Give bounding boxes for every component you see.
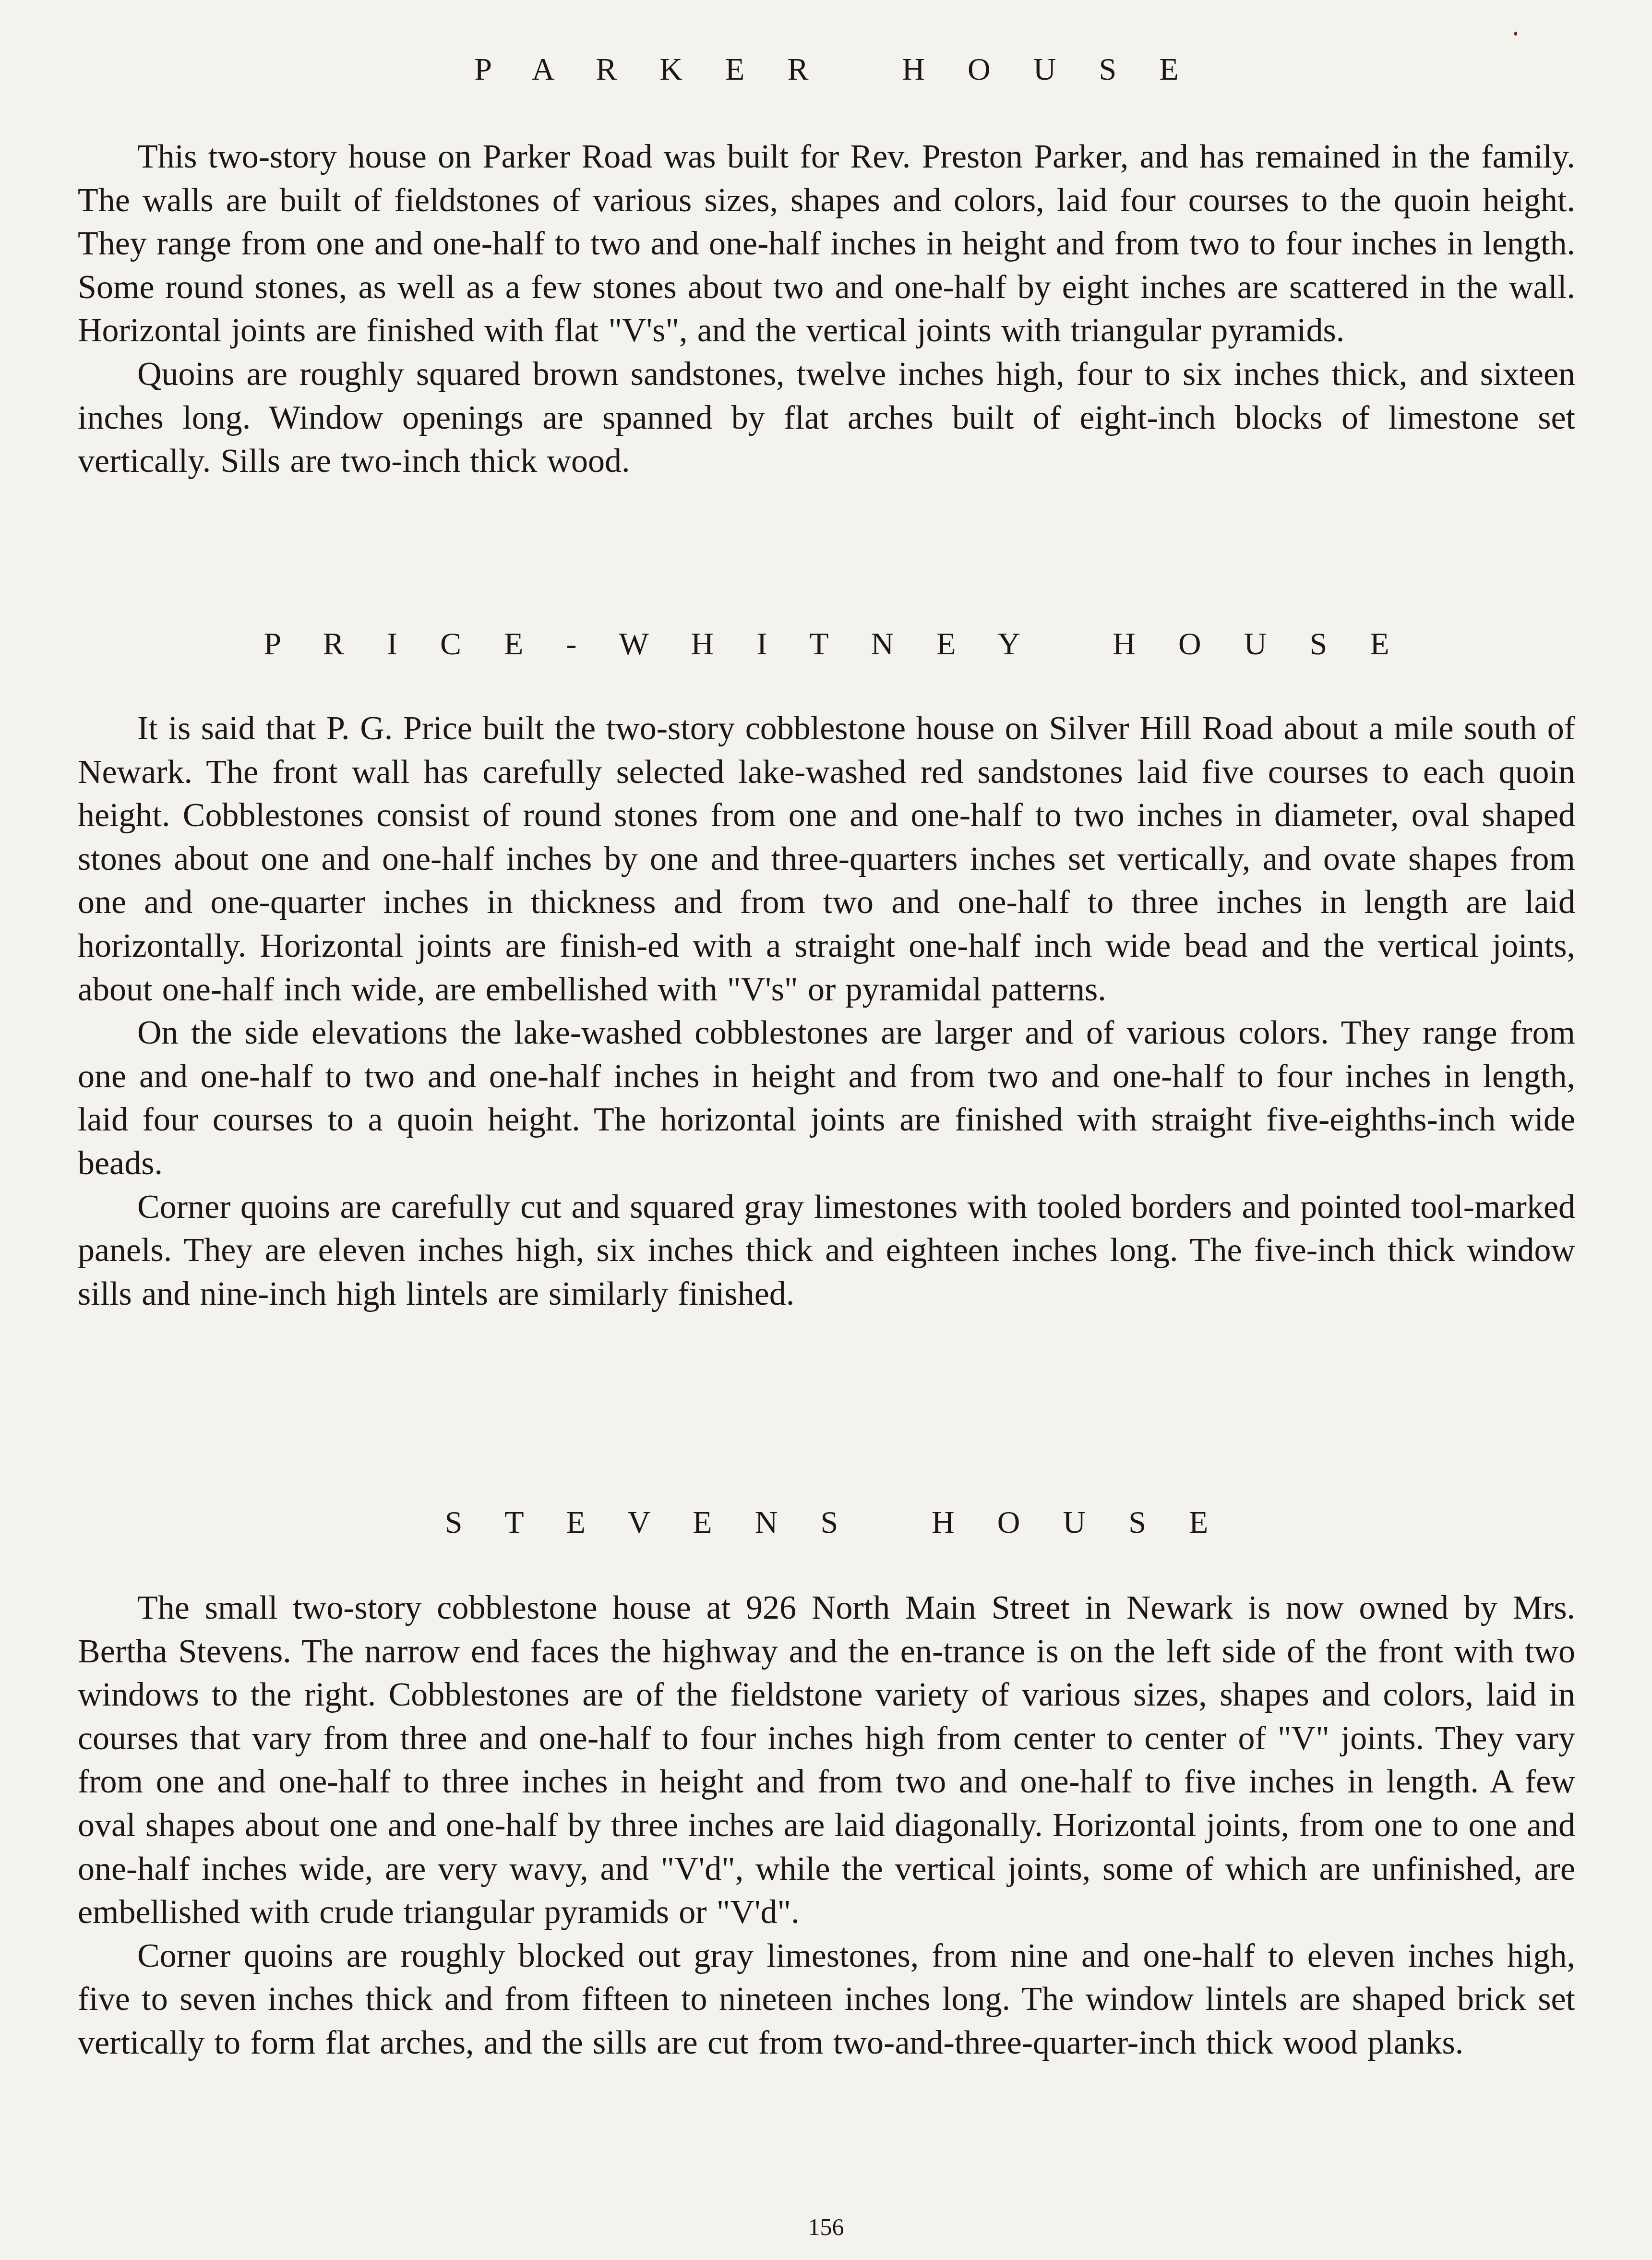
page-number: 156 (0, 2215, 1652, 2239)
paragraph: The small two-story cobblestone house at… (78, 1587, 1575, 1935)
section-body-parker-house: This two-story house on Parker Road was … (78, 135, 1575, 483)
paragraph: On the side elevations the lake-washed c… (78, 1011, 1575, 1185)
section-title-price-whitney-house: P R I C E - W H I T N E Y H O U S E (78, 628, 1575, 660)
section-title-stevens-house: S T E V E N S H O U S E (78, 1507, 1575, 1539)
print-speck (1514, 32, 1517, 36)
section-title-parker-house: P A R K E R H O U S E (78, 54, 1575, 85)
section-body-stevens-house: The small two-story cobblestone house at… (78, 1587, 1575, 2065)
paragraph: Corner quoins are carefully cut and squa… (78, 1186, 1575, 1316)
paragraph: It is said that P. G. Price built the tw… (78, 707, 1575, 1011)
paragraph: Quoins are roughly squared brown sandsto… (78, 353, 1575, 483)
section-body-price-whitney-house: It is said that P. G. Price built the tw… (78, 707, 1575, 1316)
paragraph: Corner quoins are roughly blocked out gr… (78, 1935, 1575, 2065)
paragraph: This two-story house on Parker Road was … (78, 135, 1575, 353)
